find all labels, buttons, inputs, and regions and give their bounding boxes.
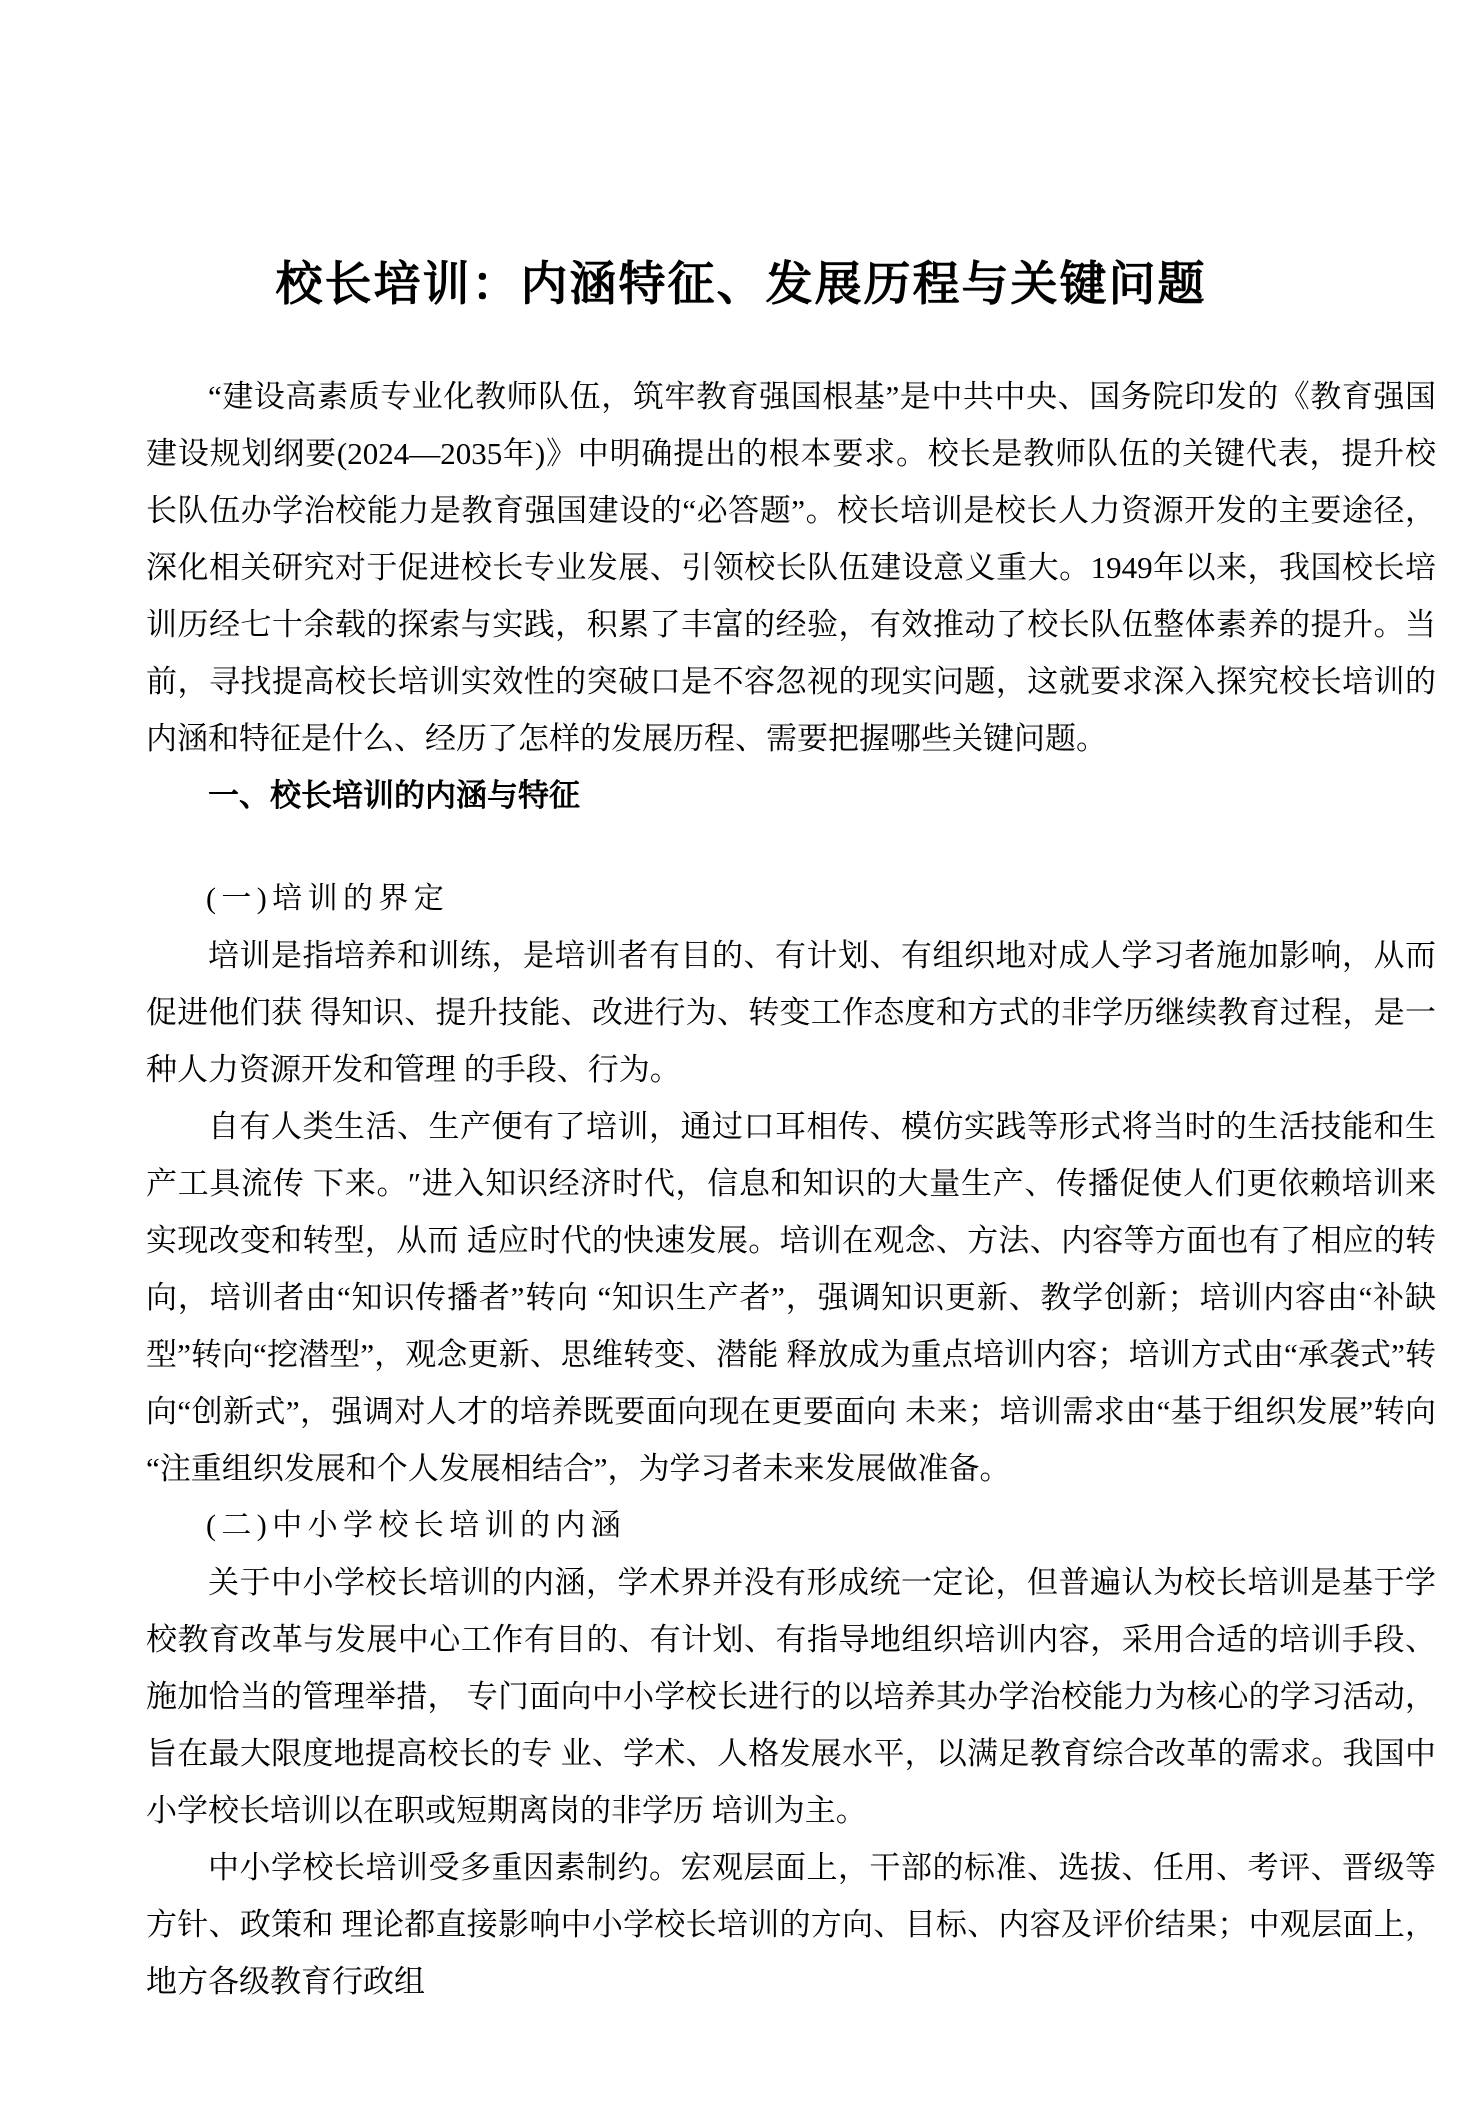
training-evolution-paragraph: 自有人类生活、生产便有了培训，通过口耳相传、模仿实践等形式将当时的生活技能和生产… xyxy=(146,1098,1436,1497)
subsection-1-2-heading: (二)中小学校长培训的内涵 xyxy=(146,1497,1436,1554)
subsection-1-1-heading: (一)培训的界定 xyxy=(146,870,1436,927)
principal-training-constraints-paragraph: 中小学校长培训受多重因素制约。宏观层面上，干部的标准、选拔、任用、考评、晋级等方… xyxy=(146,1839,1436,2010)
document-body: “建设高素质专业化教师队伍，筑牢教育强国根基”是中共中央、国务院印发的《教育强国… xyxy=(146,368,1436,2010)
page-title: 校长培训：内涵特征、发展历程与关键问题 xyxy=(0,0,1482,316)
section-1-heading: 一、校长培训的内涵与特征 xyxy=(146,767,1436,824)
training-definition-paragraph: 培训是指培养和训练，是培训者有目的、有计划、有组织地对成人学习者施加影响，从而促… xyxy=(146,927,1436,1098)
principal-training-connotation-paragraph: 关于中小学校长培训的内涵，学术界并没有形成统一定论，但普遍认为校长培训是基于学校… xyxy=(146,1554,1436,1839)
document-page: 校长培训：内涵特征、发展历程与关键问题 “建设高素质专业化教师队伍，筑牢教育强国… xyxy=(0,0,1482,2112)
intro-paragraph: “建设高素质专业化教师队伍，筑牢教育强国根基”是中共中央、国务院印发的《教育强国… xyxy=(146,368,1436,767)
